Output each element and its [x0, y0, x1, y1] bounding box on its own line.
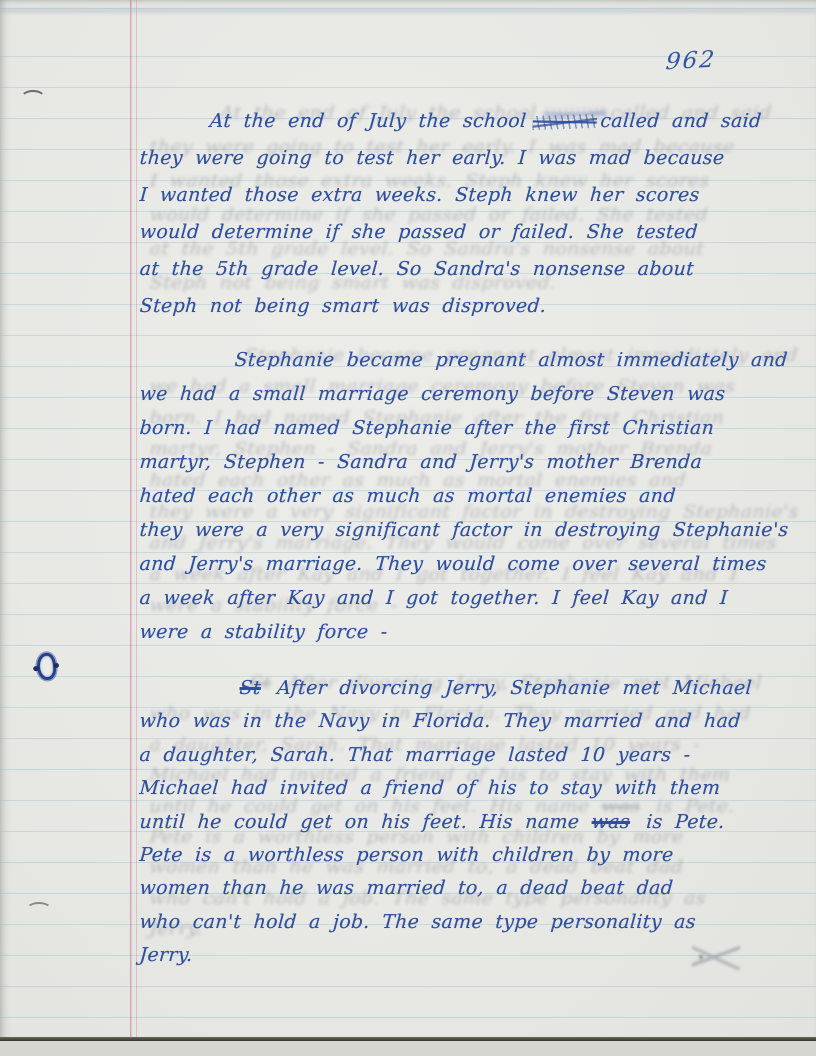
handwritten-line: Michael had invited a friend of his to s…	[138, 777, 753, 810]
line-text-segment: is Pete.	[633, 811, 725, 833]
handwritten-line: would determine if she passed or failed.…	[138, 221, 762, 258]
line-text-segment: until he could get on his feet. His name	[139, 811, 593, 833]
scanned-notebook-page: 962 At the end of July the schoolcalled …	[0, 0, 816, 1040]
handwritten-line: they were a very significant factor in d…	[138, 519, 789, 553]
handwritten-line: who can't hold a job. The same type pers…	[138, 911, 753, 944]
scratched-out-word	[532, 114, 597, 130]
handwritten-line: we had a small marriage ceremony before …	[138, 383, 789, 417]
handwritten-line: at the 5th grade level. So Sandra's nons…	[138, 258, 762, 295]
handwritten-line: until he could get on his feet. His name…	[138, 811, 753, 844]
page-bottom-edge	[0, 1037, 816, 1041]
handwritten-line: Stephanie became pregnant almost immedia…	[138, 349, 789, 383]
handwritten-line: Pete is a worthless person with children…	[138, 844, 753, 877]
handwritten-line: At the end of July the schoolcalled and …	[138, 110, 762, 147]
handwritten-line: Jerry.	[138, 944, 753, 977]
punch-hole-bottom	[26, 902, 52, 917]
handwritten-line: St After divorcing Jerry, Stephanie met …	[138, 677, 753, 710]
crossed-out-word: St	[239, 677, 262, 699]
handwritten-line: hated each other as much as mortal enemi…	[138, 485, 789, 519]
punch-hole-top	[20, 90, 46, 108]
handwritten-line: a week after Kay and I got together. I f…	[138, 587, 789, 621]
crossed-out-word: was	[591, 811, 631, 833]
handwritten-line: who was in the Navy in Florida. They mar…	[138, 710, 753, 743]
handwritten-line: and Jerry's marriage. They would come ov…	[138, 553, 789, 587]
handwritten-line: Steph not being smart was disproved.	[138, 295, 762, 332]
scan-artifact-top	[0, 8, 816, 13]
line-text-segment: After divorcing Jerry, Stephanie met Mic…	[264, 677, 753, 699]
handwritten-line: born. I had named Stephanie after the fi…	[138, 417, 789, 451]
paragraph-school-testing: At the end of July the schoolcalled and …	[138, 110, 760, 332]
paragraph-marriage-ceremony: Stephanie became pregnant almost immedia…	[138, 349, 787, 655]
page-number: 962	[665, 47, 717, 76]
handwritten-line: martyr, Stephen - Sandra and Jerry's mot…	[138, 451, 789, 485]
paragraph-divorce-michael-pete: St After divorcing Jerry, Stephanie met …	[138, 677, 750, 978]
handwritten-line: they were going to test her early. I was…	[138, 147, 762, 184]
handwritten-line: were a stability force -	[138, 621, 789, 655]
handwritten-line: women than he was married to, a dead bea…	[138, 877, 753, 910]
handwritten-line: I wanted those extra weeks. Steph knew h…	[138, 184, 762, 221]
handwritten-line: a daughter, Sarah. That marriage lasted …	[138, 744, 753, 777]
line-text-segment: called and said	[600, 110, 763, 132]
line-text-segment: At the end of July the school	[209, 110, 527, 132]
